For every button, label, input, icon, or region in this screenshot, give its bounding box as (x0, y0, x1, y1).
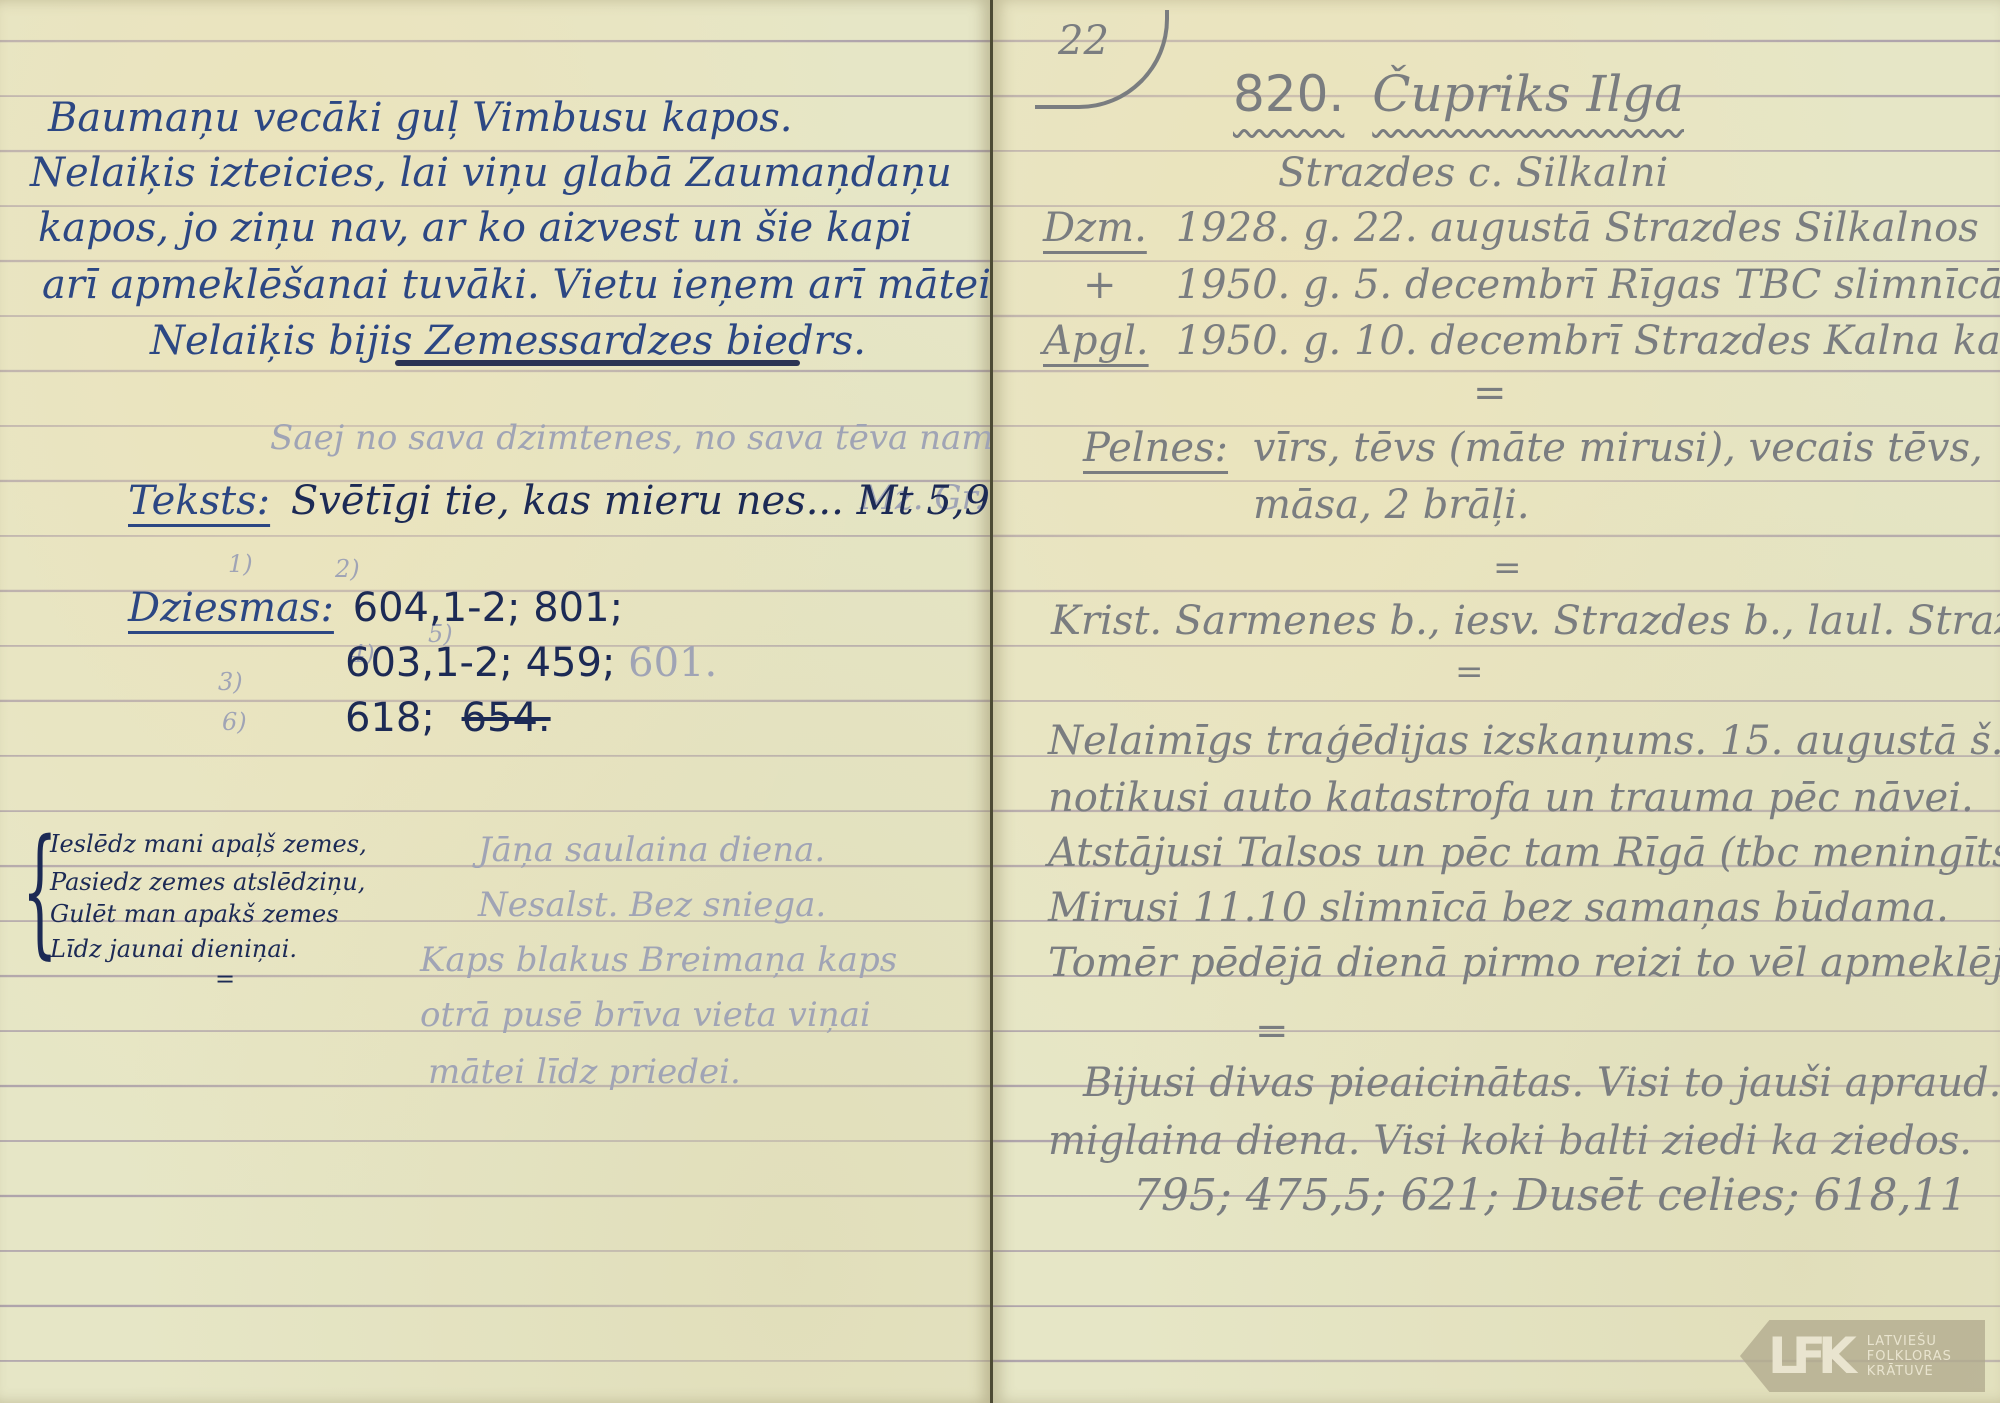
watermark-text: LATVIEŠU FOLKLORAS KRĀTUVE (1867, 1334, 1952, 1379)
separator: = (1455, 652, 1484, 692)
verse-line: Pasiedz zemes atslēdziņu, (50, 868, 365, 896)
hymn-marker: 2) (335, 555, 360, 583)
hymn-struck: 654. (462, 695, 551, 741)
entry-number: 820. (1233, 65, 1344, 123)
congregation-line: Krist. Sarmenes b., iesv. Strazdes b., l… (1051, 598, 2000, 644)
pencil-note-line: Nesalst. Bez sniega. (478, 885, 826, 925)
hymn-marker: 6) (222, 708, 247, 736)
entry-title: 820. Čupriks Ilga (1233, 65, 1684, 123)
watermark-line: FOLKLORAS (1867, 1349, 1952, 1364)
verse-line: Gulēt man apakš zemes (50, 900, 339, 928)
pencil-note-line: otrā pusē brīva vieta viņai (420, 995, 871, 1035)
record-value: 1950. g. 5. decembrī Rīgas TBC slimnīcā (1176, 262, 2000, 308)
page-number: 22 (1058, 18, 1109, 64)
hymn-pencil-addition: 601. (628, 640, 717, 686)
notebook-spread: Baumaņu vecāki guļ Vimbusu kapos. Nelaiķ… (0, 0, 2000, 1403)
paragraph-line: Nelaiķis izteicies, lai viņu glabā Zauma… (30, 150, 952, 196)
entry-name: Čupriks Ilga (1372, 65, 1684, 123)
mourners-label: Pelnes: (1083, 425, 1228, 471)
narrative-line: Nelaimīgs traģēdijas izskaņums. 15. augu… (1048, 718, 2000, 764)
hymns-row: 603,1-2; 459; 601. (345, 640, 717, 686)
hymns-row: 618; 654. (345, 695, 551, 741)
hymn-marker: 1) (228, 550, 253, 578)
separator: = (1473, 370, 1507, 416)
lfk-watermark: LFK LATVIEŠU FOLKLORAS KRĀTUVE (1740, 1320, 1985, 1392)
paragraph-line: Baumaņu vecāki guļ Vimbusu kapos. (48, 95, 792, 141)
record-label: + (1043, 262, 1163, 308)
left-page: Baumaņu vecāki guļ Vimbusu kapos. Nelaiķ… (0, 0, 991, 1403)
text-line: Teksts: Svētīgi tie, kas mieru nes... Mt… (128, 478, 1003, 524)
watermark-line: KRĀTUVE (1867, 1364, 1952, 1379)
text-label: Teksts: (128, 478, 270, 524)
record-value: 1950. g. 10. decembrī Strazdes Kalna kap… (1176, 318, 2000, 364)
hymns-line: Dziesmas: 604,1-2; 801; (128, 585, 623, 631)
hymn-marker: 3) (218, 668, 243, 696)
pencil-note-line: Kaps blakus Breimaņa kaps (420, 940, 897, 980)
right-page: 22 820. Čupriks Ilga Strazdes c. Silkaln… (993, 0, 2000, 1403)
record-row: Dzm. 1928. g. 22. augustā Strazdes Silka… (1043, 205, 1979, 251)
mourners-text: vīrs, tēvs (māte mirusi), vecais tēvs, (1253, 425, 1983, 471)
hymns-label: Dziesmas: (128, 585, 334, 631)
narrative-line: Tomēr pēdējā dienā pirmo reizi to vēl ap… (1048, 940, 2000, 986)
entry-subtitle: Strazdes c. Silkalni (1278, 150, 1668, 196)
verse-end-mark: = (215, 965, 235, 993)
verse-line: Ieslēdz mani apaļš zemes, (50, 830, 367, 858)
hymns-row: 604,1-2; 801; (353, 585, 623, 631)
paragraph-line: kapos, jo ziņu nav, ar ko aizvest un šie… (38, 205, 912, 251)
watermark-line: LATVIEŠU (1867, 1334, 1952, 1349)
paragraph-line-underlined: Nelaiķis bijis Zemessardzes biedrs. (150, 318, 866, 364)
pencil-note-line: Jāņa saulaina diena. (478, 830, 825, 870)
mourners-line: Pelnes: vīrs, tēvs (māte mirusi), vecais… (1083, 425, 1983, 471)
record-value: 1928. g. 22. augustā Strazdes Silkalnos (1176, 205, 1979, 251)
mourners-line: māsa, 2 brāļi. (1253, 482, 1530, 528)
record-label: Dzm. (1043, 205, 1163, 251)
narrative-line: notikusi auto katastrofa un trauma pēc n… (1048, 775, 1974, 821)
separator: = (1493, 548, 1522, 588)
record-label: Apgl. (1043, 318, 1163, 364)
separator: = (1255, 1008, 1289, 1054)
wavy-underline (395, 360, 800, 366)
narrative-line: Atstājusi Talsos un pēc tam Rīgā (tbc me… (1048, 830, 2000, 876)
record-row: Apgl. 1950. g. 10. decembrī Strazdes Kal… (1043, 318, 2000, 364)
hymns-line: 795; 475,5; 621; Dusēt celies; 618,11 (1133, 1170, 1967, 1221)
lfk-logo-icon: LFK (1768, 1327, 1849, 1385)
record-row: + 1950. g. 5. decembrī Rīgas TBC slimnīc… (1043, 262, 2000, 308)
narrative-line: Mirusi 11.10 slimnīcā bez samaņas būdama… (1048, 885, 1949, 931)
paragraph-line: arī apmeklēšanai tuvāki. Vietu ieņem arī… (42, 262, 1004, 308)
paragraph-line-text: Nelaiķis bijis Zemessardzes biedrs. (150, 318, 866, 364)
weather-line: Bijusi divas pieaicinātas. Visi to jauši… (1083, 1060, 2000, 1106)
faint-pencil-note: Saej no sava dzimtenes, no sava tēva nam… (270, 418, 1014, 458)
text-value: Svētīgi tie, kas mieru nes... Mt 5,9. (291, 478, 1003, 524)
pencil-note-line: mātei līdz priedei. (428, 1052, 741, 1092)
verse-line: Līdz jaunai dieniņai. (50, 935, 297, 963)
weather-line: miglaina diena. Visi koki balti ziedi ka… (1048, 1118, 1972, 1164)
